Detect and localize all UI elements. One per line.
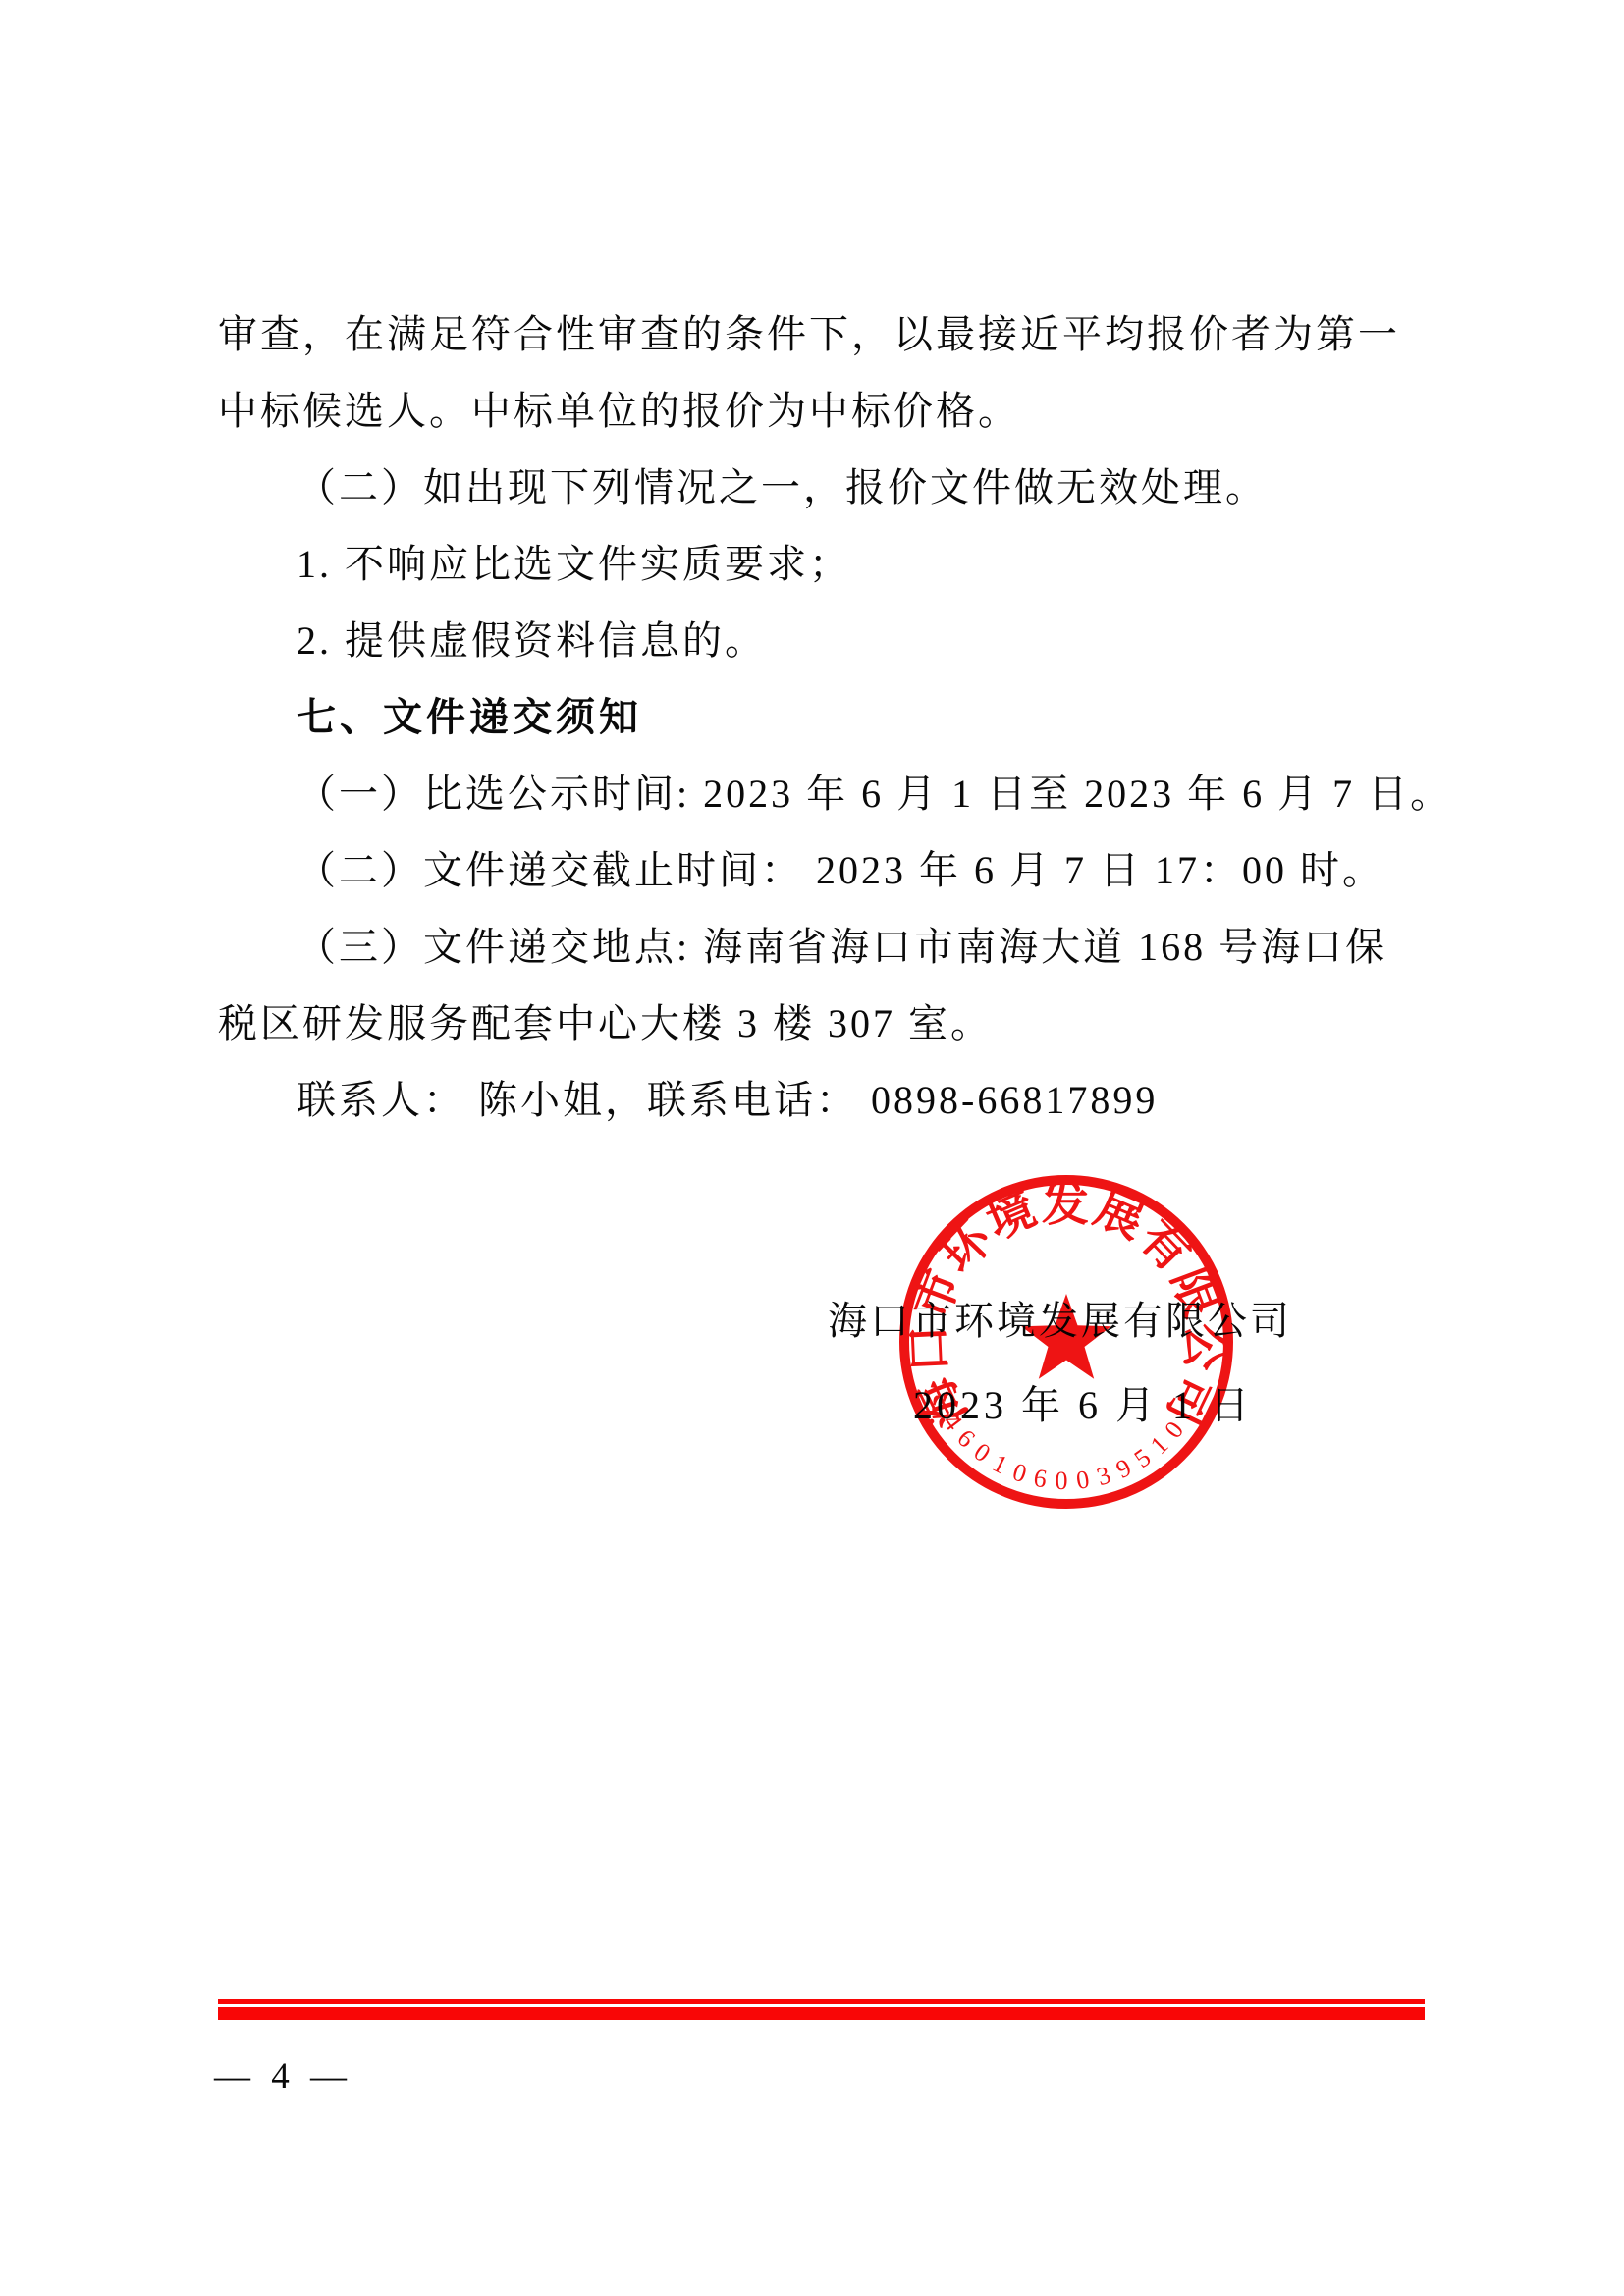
company-seal: 海口市环境发展有限公司 4601060039510 bbox=[890, 1165, 1243, 1519]
paragraph-line-2: 中标候选人。中标单位的报价为中标价格。 bbox=[218, 373, 1426, 450]
document-page: 审查，在满足符合性审查的条件下，以最接近平均报价者为第一 中标候选人。中标单位的… bbox=[0, 0, 1624, 2296]
paragraph-line-3: （二）如出现下列情况之一，报价文件做无效处理。 bbox=[218, 450, 1426, 526]
paragraph-line-7: （一）比选公示时间: 2023 年 6 月 1 日至 2023 年 6 月 7 … bbox=[218, 756, 1426, 832]
seal-star-icon bbox=[1021, 1294, 1110, 1379]
section-heading: 七、文件递交须知 bbox=[218, 679, 1426, 756]
page-number: — 4 — bbox=[214, 2056, 352, 2099]
footer-double-rule bbox=[218, 1999, 1425, 2020]
paragraph-line-1: 审查，在满足符合性审查的条件下，以最接近平均报价者为第一 bbox=[218, 296, 1426, 373]
list-item-1: 1. 不响应比选文件实质要求； bbox=[218, 526, 1426, 603]
list-item-2: 2. 提供虚假资料信息的。 bbox=[218, 603, 1426, 679]
contact-line: 联系人： 陈小姐，联系电话： 0898-66817899 bbox=[218, 1062, 1426, 1139]
paragraph-line-8: （二）文件递交截止时间： 2023 年 6 月 7 日 17：00 时。 bbox=[218, 832, 1426, 909]
paragraph-line-9: （三）文件递交地点: 海南省海口市南海大道 168 号海口保 bbox=[218, 909, 1426, 986]
footer-rule-thick bbox=[218, 2007, 1425, 2020]
document-body: 审查，在满足符合性审查的条件下，以最接近平均报价者为第一 中标候选人。中标单位的… bbox=[218, 296, 1426, 1139]
paragraph-line-10: 税区研发服务配套中心大楼 3 楼 307 室。 bbox=[218, 986, 1426, 1062]
